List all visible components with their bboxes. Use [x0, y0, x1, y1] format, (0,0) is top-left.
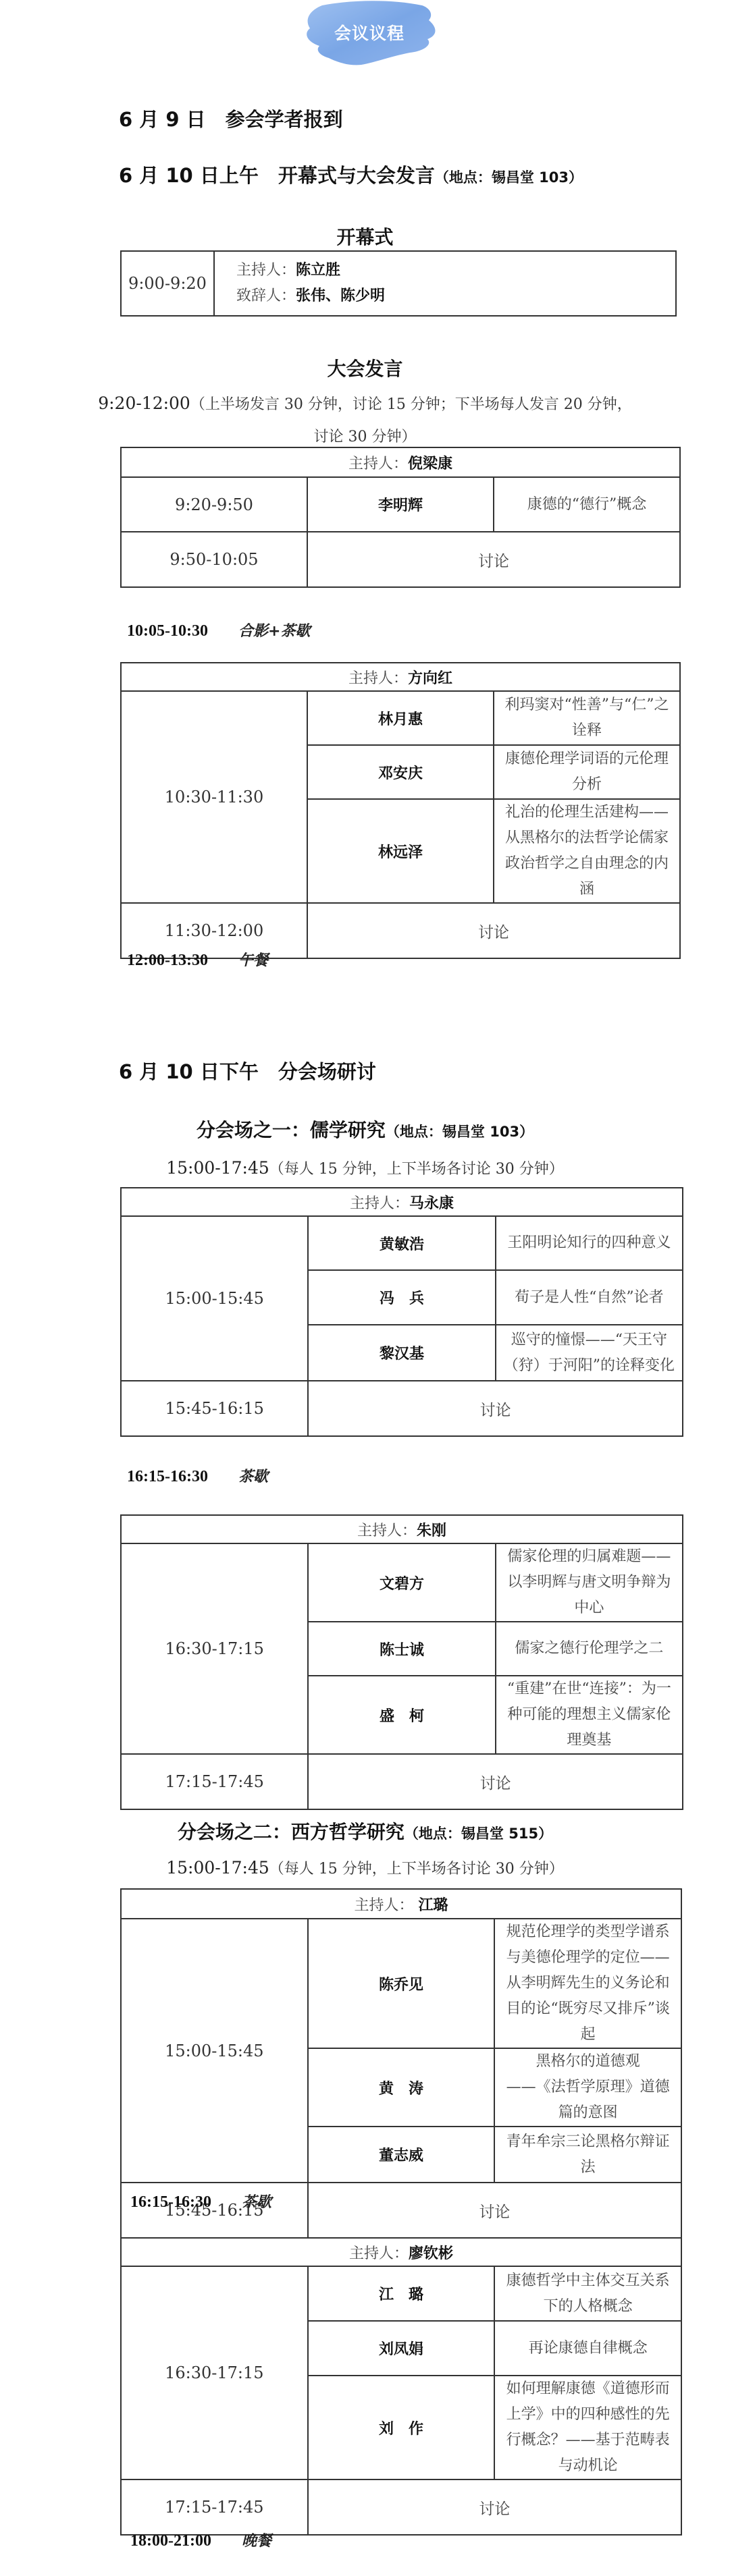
talk-topic: 如何理解康德《道德形而上学》中的四种感性的先行概念？——基于范畴表与动机论 — [494, 2376, 681, 2479]
row-time: 17:15-17:45 — [121, 1754, 308, 1809]
table-row: 16:30-17:15 文碧方 儒家伦理的归属难题——以李明辉与唐文明争辩为中心 — [121, 1543, 683, 1622]
dinner-break: 18:00-21:00晚餐 — [130, 2529, 271, 2550]
talk-topic-line1: 黑格尔的道德观 — [499, 2049, 677, 2075]
day2-morning-location: （地点：锡昌堂 103） — [435, 169, 583, 186]
panel1-title: 分会场之一：儒学研究（地点：锡昌堂 103） — [0, 1116, 730, 1143]
plenary-note-line2: 讨论 30 分钟） — [0, 425, 730, 446]
panel2-name: 分会场之二：西方哲学研究 — [178, 1821, 405, 1843]
day1-heading: 6 月 9 日 参会学者报到 — [119, 105, 343, 132]
row-time: 16:30-17:15 — [121, 1543, 308, 1754]
speaker-name: 江 璐 — [308, 2266, 495, 2321]
panel1-location: （地点：锡昌堂 103） — [386, 1124, 533, 1140]
break-label: 合影+茶歇 — [238, 623, 310, 640]
panel2-note-text: （每人 15 分钟，上下半场各讨论 30 分钟） — [269, 1861, 564, 1878]
host-name: 江璐 — [419, 1897, 448, 1914]
host-name: 倪梁康 — [408, 456, 452, 472]
talk-topic: 荀子是人性“自然”论者 — [496, 1270, 683, 1325]
talk-topic: 巡守的憧憬——“天王守（狩）于河阳”的诠释变化 — [496, 1325, 683, 1381]
row-time: 10:30-11:30 — [121, 691, 307, 903]
row-time: 15:00-15:45 — [121, 1919, 308, 2183]
discussion-row: 15:45-16:15 讨论 — [121, 1381, 683, 1436]
discussion-label: 讨论 — [307, 532, 680, 587]
speaker-name: 冯 兵 — [308, 1270, 495, 1325]
table-row: 10:30-11:30 林月惠 利玛窦对“性善”与“仁”之诠释 — [121, 691, 680, 745]
panel2-tea-break: 16:15-16:30茶歇 — [130, 2191, 271, 2212]
talk-topic: “重建”在世“连接”：为一种可能的理想主义儒家伦理奠基 — [496, 1676, 683, 1754]
opening-host: 陈立胜 — [296, 262, 340, 279]
row-time: 17:15-17:45 — [121, 2479, 308, 2535]
discussion-label: 讨论 — [308, 2183, 681, 2238]
panel1-tea-break: 16:15-16:30茶歇 — [127, 1465, 268, 1486]
speaker-name: 董志威 — [308, 2127, 495, 2183]
plenary-session1-table: 主持人：倪梁康 9:20-9:50 李明辉 康德的“德行”概念 9:50-10:… — [120, 447, 681, 588]
panel2-location: （地点：锡昌堂 515） — [405, 1826, 552, 1842]
talk-topic: 礼治的伦理生活建构——从黑格尔的法哲学论儒家政治哲学之自由理念的内涵 — [494, 799, 680, 903]
row-time: 15:45-16:15 — [121, 1381, 308, 1436]
talk-topic: 规范伦理学的类型学谱系与美德伦理学的定位——从李明辉先生的义务论和目的论“既穷尽… — [494, 1919, 681, 2048]
host-label: 主持人： — [354, 1897, 413, 1914]
panel1-name: 分会场之一：儒学研究 — [197, 1119, 386, 1141]
speaker-name: 陈士诚 — [308, 1622, 495, 1676]
opening-info: 主持人：陈立胜 致辞人：张伟、陈少明 — [214, 251, 676, 316]
panel2-title: 分会场之二：西方哲学研究（地点：锡昌堂 515） — [0, 1817, 730, 1844]
speaker-name: 文碧方 — [308, 1543, 495, 1622]
talk-topic: 王阳明论知行的四种意义 — [496, 1216, 683, 1270]
talk-topic: 儒家伦理的归属难题——以李明辉与唐文明争辩为中心 — [496, 1543, 683, 1622]
discussion-label: 讨论 — [308, 1754, 683, 1809]
day1-title: 参会学者报到 — [226, 108, 343, 131]
break-photo-tea: 10:05-10:30合影+茶歇 — [127, 620, 310, 640]
discussion-label: 讨论 — [308, 2479, 681, 2535]
day2-afternoon-date: 6 月 10 日下午 — [119, 1060, 259, 1083]
day2-morning-date: 6 月 10 日上午 — [119, 164, 259, 187]
panel2-sessionA-table: 主持人： 江璐 15:00-15:45 陈乔见 规范伦理学的类型学谱系与美德伦理… — [120, 1888, 682, 2239]
panel2-note: 15:00-17:45（每人 15 分钟，上下半场各讨论 30 分钟） — [0, 1857, 730, 1878]
break-label: 茶歇 — [238, 1469, 268, 1485]
break-time: 10:05-10:30 — [127, 622, 238, 640]
speaker-name: 黄敏浩 — [308, 1216, 495, 1270]
discussion-row: 17:15-17:45 讨论 — [121, 1754, 683, 1809]
talk-topic: 康德伦理学词语的元伦理分析 — [494, 745, 680, 799]
speaker-name: 李明辉 — [307, 477, 494, 532]
session-host: 主持人：马永康 — [121, 1188, 683, 1216]
break-time: 16:15-16:30 — [130, 2193, 242, 2212]
discussion-row: 17:15-17:45 讨论 — [121, 2479, 681, 2535]
table-row: 15:00-15:45 陈乔见 规范伦理学的类型学谱系与美德伦理学的定位——从李… — [121, 1919, 681, 2048]
speaker-name: 刘 作 — [308, 2376, 495, 2479]
lunch-break: 12:00-13:30午餐 — [127, 949, 268, 970]
row-time: 9:50-10:05 — [121, 532, 307, 587]
break-time: 18:00-21:00 — [130, 2532, 242, 2550]
speaker-name: 刘凤娟 — [308, 2321, 495, 2376]
opening-speakers: 张伟、陈少明 — [296, 287, 385, 304]
agenda-title: 会议议程 — [295, 20, 444, 45]
table-row: 16:30-17:15 江 璐 康德哲学中主体交互关系下的人格概念 — [121, 2266, 681, 2321]
discussion-label: 讨论 — [307, 903, 680, 958]
host-name: 廖钦彬 — [409, 2245, 453, 2262]
plenary-time: 9:20-12:00 — [98, 393, 190, 413]
session-host: 主持人：朱刚 — [121, 1515, 683, 1543]
discussion-row: 9:50-10:05 讨论 — [121, 532, 680, 587]
panel1-sessionA-table: 主持人：马永康 15:00-15:45 黄敏浩 王阳明论知行的四种意义 冯 兵 … — [120, 1187, 683, 1437]
speaker-name: 黄 涛 — [308, 2048, 495, 2127]
speaker-label: 致辞人： — [236, 287, 296, 304]
day2-morning-heading: 6 月 10 日上午 开幕式与大会发言（地点：锡昌堂 103） — [119, 161, 583, 188]
day1-date: 6 月 9 日 — [119, 108, 206, 131]
break-time: 12:00-13:30 — [127, 952, 238, 970]
plenary-session2-table: 主持人：方向红 10:30-11:30 林月惠 利玛窦对“性善”与“仁”之诠释 … — [120, 662, 681, 959]
speaker-name: 陈乔见 — [308, 1919, 495, 2048]
opening-time: 9:00-9:20 — [121, 251, 214, 316]
panel1-sessionB-table: 主持人：朱刚 16:30-17:15 文碧方 儒家伦理的归属难题——以李明辉与唐… — [120, 1514, 683, 1810]
talk-topic: 康德的“德行”概念 — [494, 477, 680, 532]
plenary-note: （上半场发言 30 分钟，讨论 15 分钟；下半场每人发言 20 分钟， — [190, 396, 632, 413]
opening-table: 9:00-9:20 主持人：陈立胜 致辞人：张伟、陈少明 — [120, 250, 677, 317]
speaker-name: 盛 柯 — [308, 1676, 495, 1754]
talk-topic: 再论康德自律概念 — [494, 2321, 681, 2376]
discussion-label: 讨论 — [308, 1381, 683, 1436]
row-time: 15:00-15:45 — [121, 1216, 308, 1381]
panel1-note: 15:00-17:45（每人 15 分钟，上下半场各讨论 30 分钟） — [0, 1157, 730, 1178]
break-label: 茶歇 — [242, 2194, 271, 2211]
talk-topic-line2: ——《法哲学原理》道德篇的意图 — [499, 2075, 677, 2126]
session-host: 主持人：倪梁康 — [121, 447, 680, 477]
talk-topic: 利玛窦对“性善”与“仁”之诠释 — [494, 691, 680, 745]
host-name: 方向红 — [408, 670, 452, 687]
speaker-name: 黎汉基 — [308, 1325, 495, 1381]
host-label: 主持人： — [236, 262, 296, 279]
host-label: 主持人： — [357, 1523, 417, 1539]
host-label: 主持人： — [348, 670, 408, 687]
host-label: 主持人： — [348, 456, 408, 472]
row-time: 16:30-17:15 — [121, 2266, 308, 2479]
session-host: 主持人：方向红 — [121, 663, 680, 691]
day2-morning-title: 开幕式与大会发言 — [278, 164, 435, 187]
host-name: 朱刚 — [417, 1523, 446, 1539]
opening-title: 开幕式 — [0, 223, 730, 250]
speaker-name: 林月惠 — [307, 691, 494, 745]
table-row: 15:00-15:45 黄敏浩 王阳明论知行的四种意义 — [121, 1216, 683, 1270]
host-label: 主持人： — [350, 1195, 409, 1212]
talk-topic: 青年牟宗三论黑格尔辩证法 — [494, 2127, 681, 2183]
speaker-name: 林远泽 — [307, 799, 494, 903]
talk-topic: 黑格尔的道德观 ——《法哲学原理》道德篇的意图 — [494, 2048, 681, 2127]
session-host: 主持人：廖钦彬 — [121, 2238, 681, 2266]
agenda-banner: 会议议程 — [295, 0, 444, 66]
plenary-title: 大会发言 — [0, 354, 730, 381]
day2-afternoon-title: 分会场研讨 — [278, 1060, 376, 1083]
plenary-note-line1: 9:20-12:00（上半场发言 30 分钟，讨论 15 分钟；下半场每人发言 … — [0, 393, 730, 414]
panel2-time: 15:00-17:45 — [166, 1858, 269, 1878]
break-label: 晚餐 — [242, 2533, 271, 2550]
session-host: 主持人： 江璐 — [121, 1889, 681, 1919]
row-time: 9:20-9:50 — [121, 477, 307, 532]
panel1-time: 15:00-17:45 — [166, 1158, 269, 1178]
host-label: 主持人： — [349, 2245, 409, 2262]
talk-topic: 康德哲学中主体交互关系下的人格概念 — [494, 2266, 681, 2321]
panel2-sessionB-table: 主持人：廖钦彬 16:30-17:15 江 璐 康德哲学中主体交互关系下的人格概… — [120, 2237, 682, 2536]
table-row: 9:20-9:50 李明辉 康德的“德行”概念 — [121, 477, 680, 532]
host-name: 马永康 — [409, 1195, 454, 1212]
break-label: 午餐 — [238, 952, 268, 969]
speaker-name: 邓安庆 — [307, 745, 494, 799]
panel1-note-text: （每人 15 分钟，上下半场各讨论 30 分钟） — [269, 1161, 564, 1178]
day2-afternoon-heading: 6 月 10 日下午 分会场研讨 — [119, 1057, 376, 1085]
break-time: 16:15-16:30 — [127, 1468, 238, 1486]
talk-topic: 儒家之德行伦理学之二 — [496, 1622, 683, 1676]
